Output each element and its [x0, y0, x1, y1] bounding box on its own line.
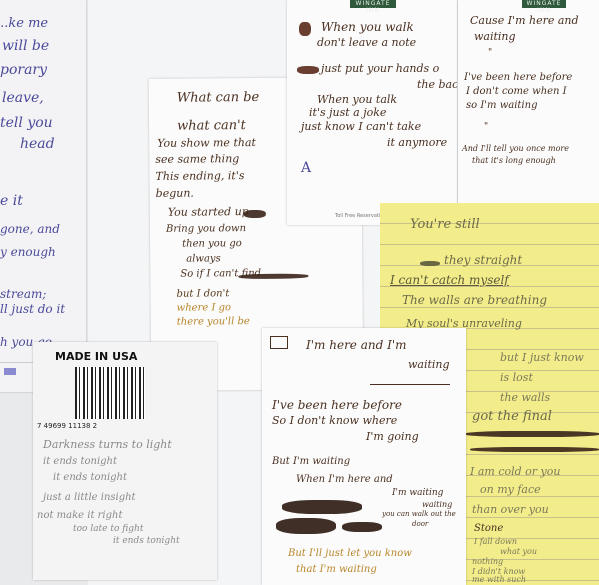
note-line: "	[484, 122, 488, 133]
scribble	[244, 210, 266, 218]
note-line: but I don't	[176, 288, 229, 301]
scribble	[470, 447, 599, 452]
note-line: This ending, it's	[155, 169, 244, 184]
note-line: door	[412, 520, 428, 529]
note-line: I am cold or you	[470, 465, 560, 479]
left-note-line: will be	[2, 38, 49, 56]
note-line: just a little insight	[43, 492, 136, 505]
note-line: And I'll tell you once more	[462, 144, 569, 154]
note-line: When I'm here and	[296, 474, 393, 487]
left-note-line: tell you	[0, 115, 53, 133]
left-note: ...ke me will be porary leave, tell you …	[0, 0, 86, 392]
note-line: they straight	[444, 253, 522, 268]
barcode	[75, 367, 145, 419]
note-line: got the final	[472, 409, 552, 425]
note-line: the back	[417, 78, 457, 92]
note-line: you can walk out the	[382, 510, 456, 519]
note-line: always	[186, 253, 221, 266]
note-line: don't leave a note	[317, 36, 416, 50]
note-line: waiting	[422, 500, 452, 510]
scribble	[466, 431, 599, 437]
note-line: When you talk	[317, 93, 397, 107]
left-note-line: head	[20, 136, 55, 154]
note-line: I'm waiting	[392, 488, 443, 499]
note-line: You're still	[410, 217, 480, 233]
left-note-line: gone, and	[0, 222, 60, 237]
im-here-note: I'm here and I'm waiting I've been here …	[262, 328, 466, 585]
scribble	[342, 522, 382, 532]
note-line: too late to fight	[73, 524, 143, 535]
note-line: just know I can't take	[301, 120, 421, 134]
note-line: You started up	[168, 205, 249, 219]
note-line: I've been here before	[464, 72, 572, 85]
note-line: on my face	[480, 483, 541, 497]
note-line: not make it right	[37, 510, 123, 523]
scribble	[282, 500, 362, 514]
barcode-note: MADE IN USA 7 49699 11138 2 Darkness tur…	[33, 342, 217, 580]
note-line: just put your hands o	[321, 62, 439, 76]
note-line: it ends tonight	[53, 472, 127, 485]
note-line: What can be	[177, 90, 260, 107]
note-line: I'm here and I'm	[306, 338, 407, 353]
note-line: I don't come when I	[466, 86, 567, 99]
note-line: Darkness turns to light	[43, 438, 172, 452]
wingate-logo: WINGATE INN	[522, 0, 566, 8]
note-line: me with such	[472, 575, 526, 585]
note-line: So I don't know where	[272, 414, 397, 428]
left-note-line: y enough	[0, 245, 56, 260]
left-note-line: porary	[0, 62, 47, 80]
scribble	[299, 22, 311, 36]
left-note-line: e it	[0, 193, 23, 211]
note-line: so I'm waiting	[466, 100, 537, 113]
note-line: I fall down	[474, 537, 517, 547]
note-line: the walls	[500, 391, 550, 405]
note-line: that it's long enough	[472, 156, 556, 166]
note-line: "	[488, 48, 492, 59]
note-line: You show me that	[157, 136, 256, 151]
note-line: there you'll be	[177, 316, 250, 329]
doodle-icon	[270, 336, 288, 349]
note-line-gold: But I'll just let you know	[288, 548, 412, 561]
note-line: When you walk	[321, 20, 414, 35]
note-line: see same thing	[155, 152, 239, 166]
note-line: what can't	[177, 118, 246, 135]
note-line: Cause I'm here and	[470, 14, 579, 28]
note-line: begun.	[156, 187, 194, 201]
note-line: but I just know	[500, 351, 584, 365]
left-note-line: leave,	[2, 90, 44, 108]
scribble	[238, 274, 308, 280]
scribble	[276, 518, 336, 534]
note-line: I've been here before	[272, 398, 402, 413]
scribble	[297, 66, 319, 74]
made-in-usa-label: MADE IN USA	[55, 350, 137, 363]
note-line: what you	[500, 547, 537, 557]
note-line: I'm going	[366, 430, 419, 444]
note-line: waiting	[474, 30, 516, 44]
note-line: The walls are breathing	[402, 293, 547, 308]
scribble	[420, 261, 440, 266]
note-line: is lost	[500, 371, 533, 385]
left-note-line: ...ke me	[0, 16, 48, 32]
margin-mark: A	[301, 160, 311, 178]
note-line: it anymore	[387, 136, 447, 150]
note-line: But I'm waiting	[272, 456, 350, 469]
wingate-note-2: WINGATE INN Cause I'm here and waiting "…	[458, 0, 599, 205]
left-note-line: stream;	[0, 287, 46, 302]
note-line: nothing	[472, 557, 503, 567]
note-line-gold: that I'm waiting	[296, 564, 377, 577]
note-line: it ends tonight	[43, 456, 117, 469]
left-note-line: ll just do it	[0, 302, 65, 317]
note-line: then you go	[182, 238, 242, 251]
note-line: than over you	[472, 503, 549, 517]
note-line: where I go	[177, 302, 231, 315]
note-line: Bring you down	[166, 223, 246, 236]
footer-logo	[4, 368, 16, 375]
note-line: it ends tonight	[113, 536, 180, 547]
note-line: Stone	[474, 523, 503, 536]
note-line: waiting	[408, 358, 450, 372]
underline	[370, 384, 450, 385]
wingate-logo: WINGATE INN	[350, 0, 396, 8]
barcode-number: 7 49699 11138 2	[37, 422, 97, 430]
wingate-note-1: WINGATE INN When you walk don't leave a …	[287, 0, 457, 225]
note-line: it's just a joke	[309, 106, 386, 120]
note-line: I can't catch myself	[390, 273, 509, 288]
